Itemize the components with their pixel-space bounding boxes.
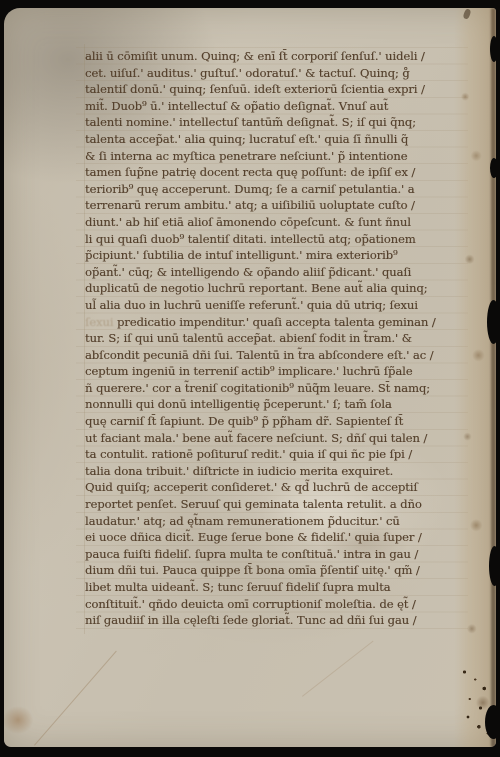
manuscript-line: ul̃ alia duo in luchrū ueniſſe referunt̃… bbox=[85, 297, 453, 314]
manuscript-line: li qui quaſi duob⁹ talentiſ ditati. inte… bbox=[85, 231, 453, 248]
fore-edge-mottling bbox=[452, 8, 496, 747]
manuscript-line: duplicatū de negotio luchrū reportant. B… bbox=[85, 280, 453, 297]
manuscript-line: talenta accep̃at.' alia quinq; lucratuſ … bbox=[85, 131, 453, 148]
manuscript-line: ut faciant mala.' bene aut̃ facere neſci… bbox=[85, 430, 453, 447]
edge-notch bbox=[487, 300, 496, 344]
manuscript-line: ceptum ingeniū in terreniſ actib⁹ implic… bbox=[85, 363, 453, 380]
manuscript-line: niſ gaudiiſ in illa cęleſti ſede gloriat… bbox=[85, 612, 453, 629]
manuscript-line: quę carniſ ſt̄ ſapiunt. De quib⁹ p̃ pp̃h… bbox=[85, 413, 453, 430]
fore-edge-shadow bbox=[491, 8, 496, 747]
crease bbox=[302, 641, 374, 697]
manuscript-line: talentiſ donū.' quinq; ſenſuū. ideſt ext… bbox=[85, 81, 453, 98]
manuscript-line: dium dñi tui. Pauca quippe ſt̄ bona omīa… bbox=[85, 562, 453, 579]
manuscript-line: alii ū cōmiſit unum. Quinq; & enī ſt̄ co… bbox=[85, 48, 453, 65]
manuscript-line: nonnulli qui donū intelligentię p̃ceperu… bbox=[85, 396, 453, 413]
manuscript-line: pauca fuiſti fideliſ. ſupra multa te con… bbox=[85, 546, 453, 563]
edge-notch bbox=[485, 705, 496, 739]
manuscript-line: tamen ſup̃ne patrię docent recta quę poſ… bbox=[85, 164, 453, 181]
edge-notch bbox=[490, 36, 496, 62]
edge-notch bbox=[490, 158, 496, 178]
manuscript-line: ta contulit. rationē poſituruſ redit.' q… bbox=[85, 446, 453, 463]
manuscript-line: teriorib⁹ quę acceperunt. Dumq; ſe a car… bbox=[85, 181, 453, 198]
text-block: alii ū cōmiſit unum. Quinq; & enī ſt̄ co… bbox=[85, 48, 453, 629]
manuscript-line: libet multa uideant̃. S; tunc ſeruuſ fid… bbox=[85, 579, 453, 596]
erased-word: ſexui bbox=[85, 315, 117, 329]
manuscript-line: laudatur.' atq; ad ęt̃nam remunerationem… bbox=[85, 513, 453, 530]
manuscript-line: cet. uiſuſ.' auditus.' guſtuſ.' odoratuſ… bbox=[85, 65, 453, 82]
manuscript-line: talia dona tribuit.' diſtricte in iudici… bbox=[85, 463, 453, 480]
manuscript-line: ei uoce dñica dicit̃. Euge ſerue bone & … bbox=[85, 529, 453, 546]
manuscript-line: conſtituit̃.' qñdo deuicta omī corruptio… bbox=[85, 596, 453, 613]
manuscript-line: terrenarū rerum ambitu.' atq; a uiſibili… bbox=[85, 197, 453, 214]
manuscript-line: tur. S; iſ qui unū talentū accep̃at. abi… bbox=[85, 330, 453, 347]
manuscript-line: diunt.' ab hiſ etiā alioſ āmonendo cōpeſ… bbox=[85, 214, 453, 231]
manuscript-photo: alii ū cōmiſit unum. Quinq; & enī ſt̄ co… bbox=[0, 0, 500, 757]
manuscript-line: talenti nomine.' intellectuſ tantūm̃ deſ… bbox=[85, 114, 453, 131]
parchment-leaf: alii ū cōmiſit unum. Quinq; & enī ſt̄ co… bbox=[4, 8, 496, 747]
manuscript-line: mit̃. Duob⁹ ū.' intellectuſ & op̃atio de… bbox=[85, 98, 453, 115]
manuscript-line: op̃ant̃.' cūq; & intelligendo & op̃ando … bbox=[85, 264, 453, 281]
crease bbox=[34, 651, 117, 746]
manuscript-line: Quid quiſq; acceperit conſideret.' & qd̃… bbox=[85, 479, 453, 496]
manuscript-line: ñ querere.' cor a t̃reniſ cogitationib⁹ … bbox=[85, 380, 453, 397]
manuscript-line: ſexui predicatio impenditur.' quaſi acce… bbox=[85, 314, 453, 331]
stain bbox=[4, 700, 40, 740]
edge-notch bbox=[489, 546, 496, 586]
manuscript-line: reportet penſet. Seruuſ qui geminata tal… bbox=[85, 496, 453, 513]
manuscript-line: abſcondit pecuniā dñi ſui. Talentū in t̃… bbox=[85, 347, 453, 364]
manuscript-line: p̃cipiunt.' ſubtilia de intuſ intelligun… bbox=[85, 247, 453, 264]
manuscript-line: & ſi interna ac myſtica penetrare neſciu… bbox=[85, 148, 453, 165]
